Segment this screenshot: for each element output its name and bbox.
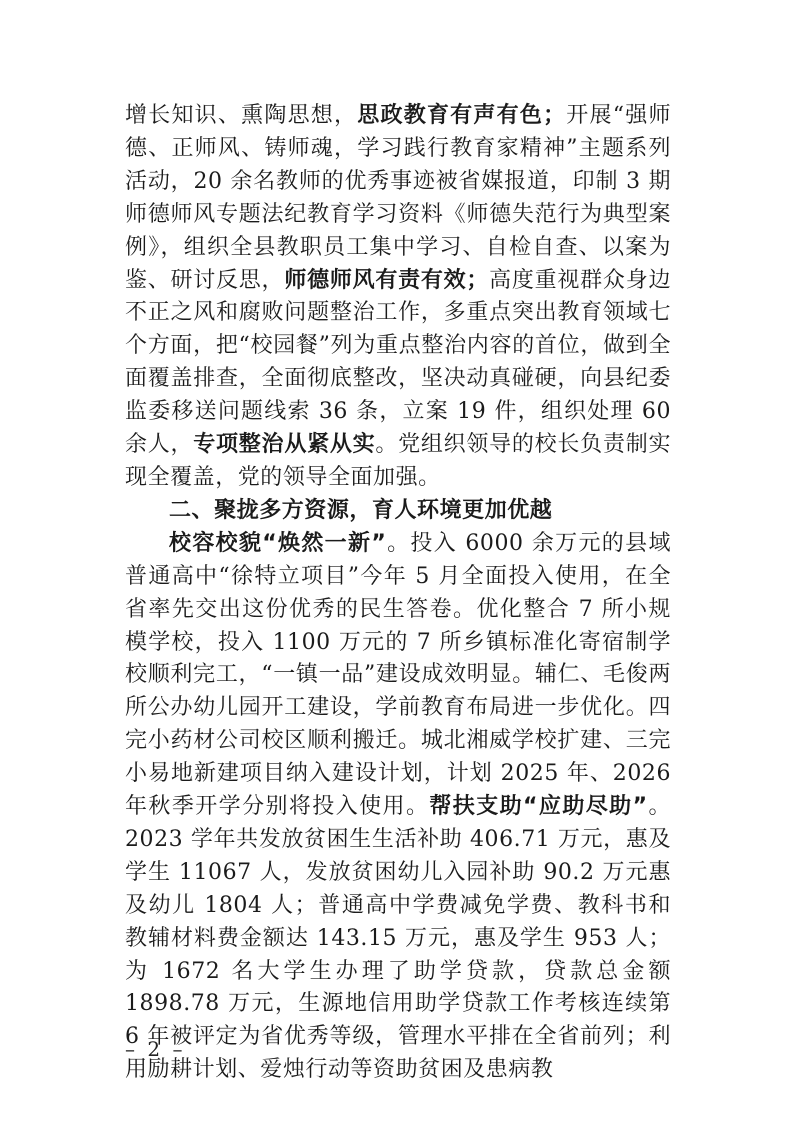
text-run: 。投入 6000 余万元的县域普通高中“徐特立项目”今年 5 月全面投入使用，在… — [125, 531, 671, 819]
emphasis-run: 校容校貌“焕然一新” — [169, 531, 386, 556]
emphasis-run: 思政教育有声有色； — [357, 103, 565, 128]
text-run: 开展“强师德、正师风、铸师魂，学习践行教育家精神”主题系列活动，20 余名教师的… — [125, 103, 671, 293]
document-body: 增长知识、熏陶思想，思政教育有声有色；开展“强师德、正师风、铸师魂，学习践行教育… — [125, 100, 671, 1087]
text-run: 。2023 学年共发放贫困生生活补助 406.71 万元，惠及学生 11067 … — [125, 794, 671, 1082]
emphasis-run: 专项整治从紧从实 — [193, 432, 375, 457]
text-run: 增长知识、熏陶思想， — [125, 103, 357, 128]
text-run: 高度重视群众身边不正之风和腐败问题整治工作，多重点突出教育领域七个方面，把“校园… — [125, 268, 671, 458]
emphasis-run: 帮扶支助“应助尽助” — [429, 794, 647, 819]
paragraph: 校容校貌“焕然一新”。投入 6000 余万元的县域普通高中“徐特立项目”今年 5… — [125, 528, 671, 1087]
heading-text: 二、聚拢多方资源，育人环境更加优越 — [169, 498, 552, 523]
section-heading: 二、聚拢多方资源，育人环境更加优越 — [125, 495, 671, 528]
emphasis-run: 师德师风有责有效； — [284, 268, 489, 293]
page-number: – 2 – — [125, 1037, 185, 1061]
document-page: 增长知识、熏陶思想，思政教育有声有色；开展“强师德、正师风、铸师魂，学习践行教育… — [0, 0, 793, 1121]
paragraph-continued: 增长知识、熏陶思想，思政教育有声有色；开展“强师德、正师风、铸师魂，学习践行教育… — [125, 100, 671, 495]
